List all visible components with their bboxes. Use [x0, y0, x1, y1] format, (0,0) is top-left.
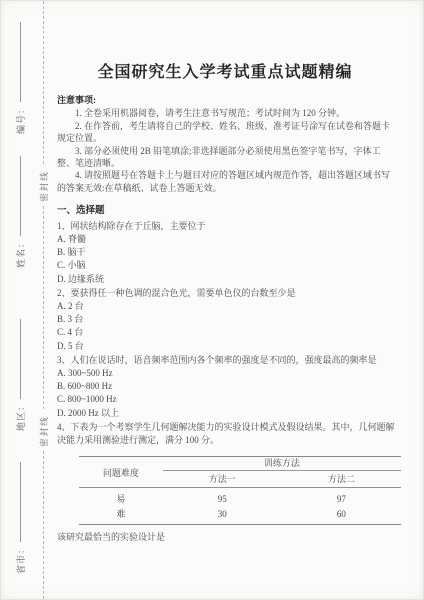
option-c: C. 小脑 — [57, 259, 397, 272]
column-group-training-method: 训练方法 方法一 方法二 — [163, 457, 401, 487]
seal-field-province-label: 省市： — [14, 544, 27, 574]
cell-value: 30 — [163, 507, 282, 522]
cell-value: 95 — [163, 492, 282, 507]
question-1: 1、网状结构除存在于丘脑，主要位于 A. 脊髓 B. 脑干 C. 小脑 D. 边… — [57, 220, 397, 286]
table-body: 易 95 97 难 30 60 — [79, 488, 401, 524]
table-header: 问题难度 训练方法 方法一 方法二 — [79, 457, 401, 488]
seal-field-name: 姓名： — [13, 156, 27, 268]
option-d: D. 2000 Hz 以上 — [57, 407, 397, 420]
option-b: B. 脑干 — [57, 246, 397, 259]
table-row: 难 30 60 — [79, 507, 401, 522]
column-header-method-1: 方法一 — [163, 471, 282, 487]
seal-field-region: 地区： — [13, 319, 27, 431]
write-in-line — [20, 156, 21, 236]
column-header-method-2: 方法二 — [282, 471, 401, 487]
notice-heading: 注意事项: — [57, 94, 395, 106]
question-4-followup: 该研究最恰当的实验设计是 — [57, 530, 165, 543]
page-title: 全国研究生入学考试重点试题精编 — [57, 59, 393, 82]
seal-field-region-label: 地区： — [14, 401, 27, 431]
write-in-line — [20, 462, 21, 542]
option-a: A. 2 台 — [57, 300, 397, 313]
option-d: D. 5 台 — [57, 340, 397, 353]
option-a: A. 脊髓 — [57, 233, 397, 246]
question-stem: 3、人们在说话时，语音频率范围内各个频率的强度是不同的，强度最高的频率是 — [57, 354, 397, 367]
question-2: 2、要获得任一种色调的混合色光，需要单色仪的台数至少是 A. 2 台 B. 3 … — [57, 287, 397, 353]
option-d: D. 边缘系统 — [57, 273, 397, 286]
row-label: 易 — [79, 492, 163, 507]
question-stem: 4、下表为一个考察学生几何题解决能力的实验设计模式及假设结果。其中，几何题解决能… — [57, 421, 397, 447]
write-in-line — [20, 319, 21, 399]
cell-value: 97 — [282, 492, 401, 507]
seal-line-text: 密封线 — [38, 166, 50, 206]
section-heading: 一、选择题 — [57, 202, 105, 216]
seal-field-number-label: 编号： — [14, 104, 27, 134]
option-c: C. 4 台 — [57, 326, 397, 339]
table-row: 易 95 97 — [79, 492, 401, 507]
question-stem: 1、网状结构除存在于丘脑，主要位于 — [57, 220, 397, 233]
question-3: 3、人们在说话时，语音频率范围内各个频率的强度是不同的，强度最高的频率是 A. … — [57, 354, 397, 420]
seal-line-text: 密封线 — [38, 411, 50, 451]
seal-field-number: 编号： — [13, 22, 27, 134]
write-in-line — [20, 22, 21, 102]
notice-block: 注意事项: 1. 全卷采用机器阅卷，请考生注意书写规范；考试时间为 120 分钟… — [57, 94, 395, 194]
method-subheaders: 方法一 方法二 — [163, 471, 401, 487]
exam-content: 全国研究生入学考试重点试题精编 注意事项: 1. 全卷采用机器阅卷，请考生注意书… — [57, 1, 403, 599]
notice-item: 1. 全卷采用机器阅卷，请考生注意书写规范；考试时间为 120 分钟。 — [57, 107, 395, 119]
cell-value: 60 — [282, 507, 401, 522]
results-table: 问题难度 训练方法 方法一 方法二 易 95 97 难 30 — [79, 456, 401, 525]
option-c: C. 800~1000 Hz — [57, 393, 397, 406]
row-label: 难 — [79, 507, 163, 522]
question-stem: 2、要获得任一种色调的混合色光，需要单色仪的台数至少是 — [57, 287, 397, 300]
option-a: A. 300~500 Hz — [57, 367, 397, 380]
seal-field-province: 省市： — [13, 462, 27, 574]
option-b: B. 600~800 Hz — [57, 380, 397, 393]
group-header-label: 训练方法 — [163, 457, 401, 471]
option-b: B. 3 台 — [57, 313, 397, 326]
column-header-difficulty: 问题难度 — [79, 457, 163, 487]
notice-item: 4. 请按照题号在答题卡上与题目对应的答题区域内规范作答，超出答题区域书写的答案… — [57, 169, 395, 194]
seal-field-name-label: 姓名： — [14, 238, 27, 268]
notice-item: 3. 部分必须使用 2B 铅笔填涂;非选择题部分必须使用黑色签字笔书写，字体工整… — [57, 145, 395, 170]
seal-dashed-line — [43, 1, 44, 599]
exam-paper-page: 编号： 姓名： 地区： 省市： 密封线 密封线 全国研究生入学考试重点试题精编 … — [0, 0, 424, 600]
notice-item: 2. 在作答前，考生请将自己的学校、姓名、班级、准考证号涂写在试卷和答题卡规定位… — [57, 120, 395, 145]
question-4: 4、下表为一个考察学生几何题解决能力的实验设计模式及假设结果。其中，几何题解决能… — [57, 421, 397, 447]
